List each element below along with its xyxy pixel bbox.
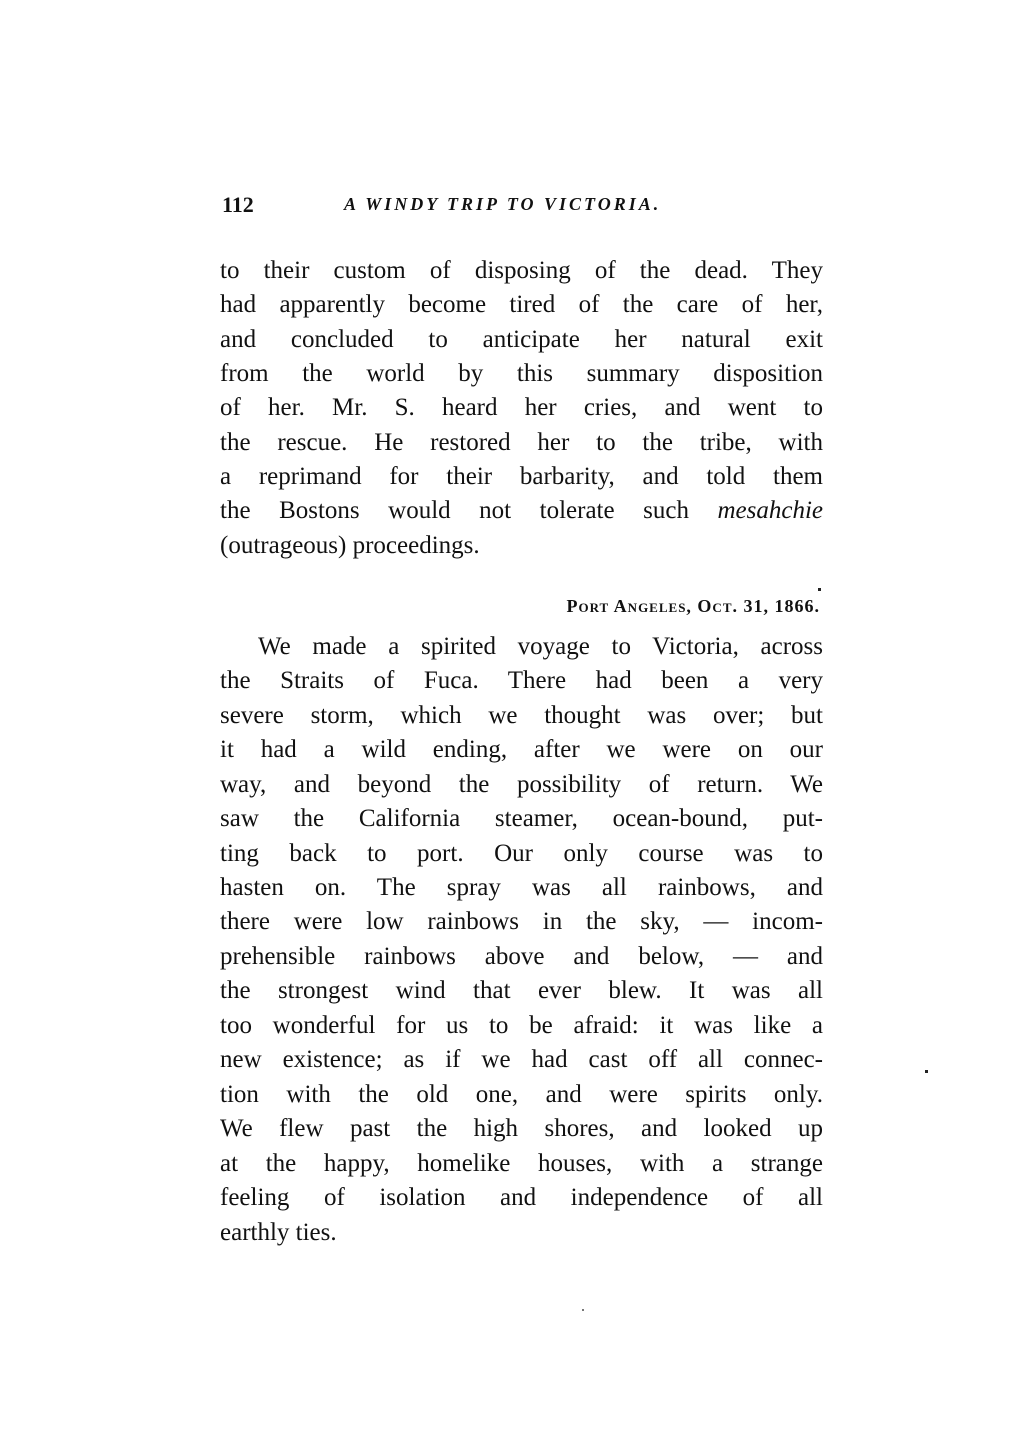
text-line: to their custom of disposing of the dead… [220,256,823,286]
print-speck [925,1070,928,1073]
text-line: new existence; as if we had cast off all… [220,1045,823,1075]
print-speck [582,1309,584,1311]
text-line: the Bostons would not tolerate such mesa… [220,496,823,526]
text-line: it had a wild ending, after we were on o… [220,735,823,765]
text-line: severe storm, which we thought was over;… [220,701,823,731]
text-line: tion with the old one, and were spirits … [220,1080,823,1110]
text-line: prehensible rainbows above and below, — … [220,942,823,972]
italic-word: mesahchie [717,497,823,524]
text-line: from the world by this summary dispositi… [220,359,823,389]
dateline: Port Angeles, Oct. 31, 1866. [510,596,820,617]
text-line: (outrageous) proceedings. [220,531,823,561]
text-line: the rescue. He restored her to the tribe… [220,428,823,458]
text-line: We flew past the high shores, and looked… [220,1114,823,1144]
text-line: and concluded to anticipate her natural … [220,325,823,355]
text-line: ting back to port. Our only course was t… [220,839,823,869]
running-head: 112 A WINDY TRIP TO VICTORIA. [222,192,822,222]
text-line: too wonderful for us to be afraid: it wa… [220,1011,823,1041]
text-line: earthly ties. [220,1218,823,1248]
text-line: the Straits of Fuca. There had been a ve… [220,666,823,696]
text-segment: the Bostons would not tolerate such [220,497,689,524]
text-line: saw the California steamer, ocean-bound,… [220,804,823,834]
print-speck [818,588,821,591]
text-line: feeling of isolation and independence of… [220,1183,823,1213]
text-line: way, and beyond the possibility of retur… [220,770,823,800]
text-line: at the happy, homelike houses, with a st… [220,1149,823,1179]
running-title: A WINDY TRIP TO VICTORIA. [344,194,661,215]
text-line: We made a spirited voyage to Victoria, a… [220,632,823,662]
text-line: of her. Mr. S. heard her cries, and went… [220,393,823,423]
page-number: 112 [222,192,254,218]
book-page: 112 A WINDY TRIP TO VICTORIA. to their c… [0,0,1010,1447]
text-line: the strongest wind that ever blew. It wa… [220,976,823,1006]
text-line: a reprimand for their barbarity, and tol… [220,462,823,492]
text-line: had apparently become tired of the care … [220,290,823,320]
text-line: hasten on. The spray was all rainbows, a… [220,873,823,903]
text-line: there were low rainbows in the sky, — in… [220,907,823,937]
